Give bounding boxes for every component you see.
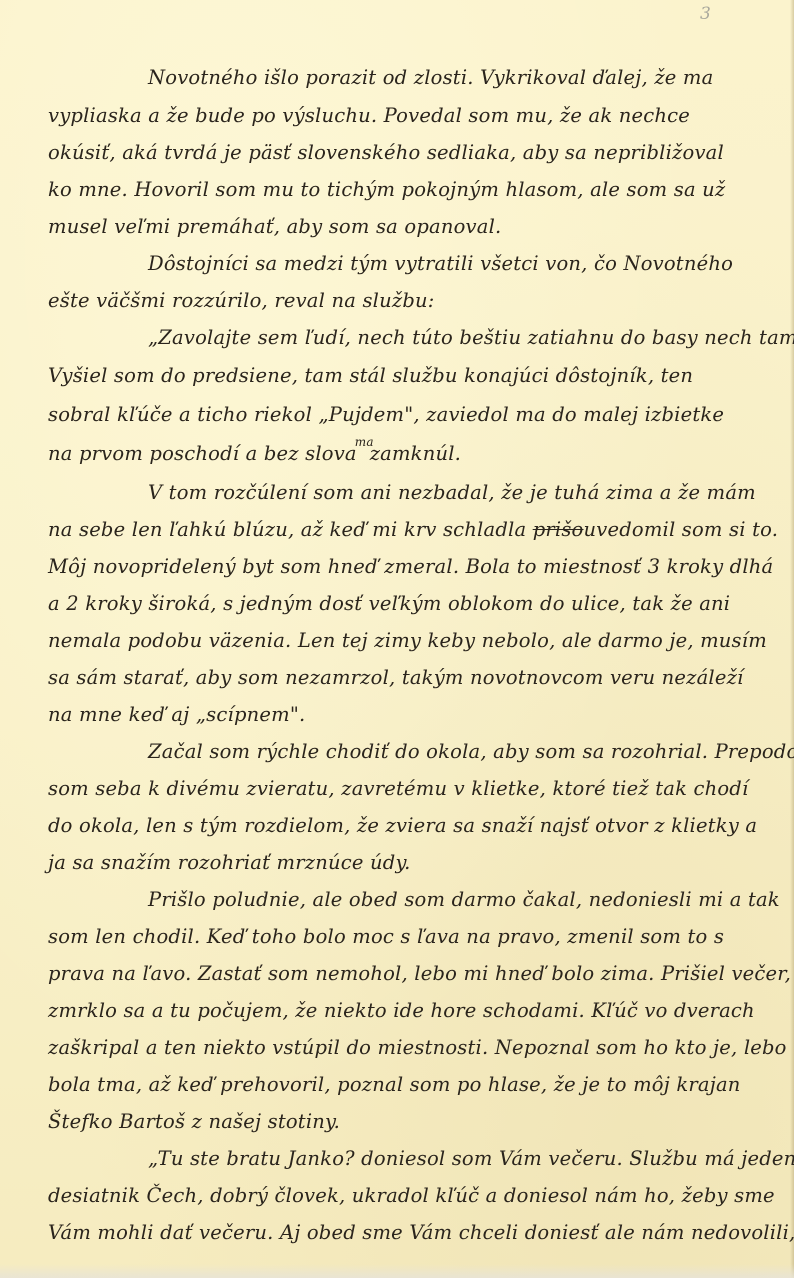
manuscript-line: desiatnik Čech, dobrý človek, ukradol kľ…: [48, 1186, 775, 1206]
manuscript-line: „Zavolajte sem ľudí, nech túto beštiu za…: [148, 328, 794, 348]
manuscript-line: na sebe len ľahkú blúzu, až keď mi krv s…: [48, 520, 778, 540]
line-text: okúsiť, aká tvrdá je päsť slovenského se…: [48, 141, 724, 164]
manuscript-page: 3 Novotného išlo porazit od zlosti. Vykr…: [0, 0, 794, 1278]
page-number: 3: [700, 4, 711, 24]
line-text: „Zavolajte sem ľudí, nech túto beštiu za…: [148, 326, 794, 349]
manuscript-line: Prišlo poludnie, ale obed som darmo čaka…: [148, 890, 780, 910]
manuscript-line: a 2 kroky široká, s jedným dosť veľkým o…: [48, 594, 730, 614]
line-text: do okola, len s tým rozdielom, že zviera…: [48, 814, 757, 837]
line-text: na sebe len ľahkú blúzu, až keď mi krv s…: [48, 518, 526, 541]
manuscript-line: Vyšiel som do predsiene, tam stál službu…: [48, 366, 693, 386]
manuscript-line: vypliaska a že bude po výsluchu. Povedal…: [48, 106, 690, 126]
line-text: vypliaska a že bude po výsluchu. Povedal…: [48, 104, 690, 127]
manuscript-line: do okola, len s tým rozdielom, že zviera…: [48, 816, 757, 836]
line-text: zmrklo sa a tu počujem, že niekto ide ho…: [48, 999, 755, 1022]
manuscript-line: sa sám starať, aby som nezamrzol, takým …: [48, 668, 743, 688]
line-text: Začal som rýchle chodiť do okola, aby so…: [148, 740, 794, 763]
line-text: zaškripal a ten niekto vstúpil do miestn…: [48, 1036, 787, 1059]
manuscript-line: okúsiť, aká tvrdá je päsť slovenského se…: [48, 143, 724, 163]
manuscript-line: ko mne. Hovoril som mu to tichým pokojný…: [48, 180, 725, 200]
page-bottom-edge: [0, 1264, 794, 1278]
manuscript-line: Štefko Bartoš z našej stotiny.: [48, 1112, 340, 1132]
line-text: prava na ľavo. Zastať som nemohol, lebo …: [48, 962, 791, 985]
line-text: a 2 kroky široká, s jedným dosť veľkým o…: [48, 592, 730, 615]
line-text: desiatnik Čech, dobrý človek, ukradol kľ…: [48, 1184, 775, 1207]
line-text: som len chodil. Keď toho bolo moc s ľava…: [48, 925, 724, 948]
manuscript-line: ešte väčšmi rozzúrilo, reval na službu:: [48, 291, 435, 311]
line-text: ko mne. Hovoril som mu to tichým pokojný…: [48, 178, 725, 201]
line-text: „Tu ste bratu Janko? doniesol som Vám ve…: [148, 1147, 794, 1170]
line-text-continued: zamknúl.: [370, 442, 461, 465]
manuscript-line: na mne keď aj „scípnem".: [48, 705, 305, 725]
manuscript-line: „Tu ste bratu Janko? doniesol som Vám ve…: [148, 1149, 794, 1169]
manuscript-line: Vám mohli dať večeru. Aj obed sme Vám ch…: [48, 1223, 794, 1243]
manuscript-line: Novotného išlo porazit od zlosti. Vykrik…: [148, 68, 713, 88]
manuscript-line: V tom rozčúlení som ani nezbadal, že je …: [148, 483, 756, 503]
struck-out-word: prišo: [533, 518, 584, 541]
line-text: ja sa snažím rozohriať mrznúce údy.: [48, 851, 410, 874]
line-text: na mne keď aj „scípnem".: [48, 703, 305, 726]
line-text: Dôstojníci sa medzi tým vytratili všetci…: [148, 252, 733, 275]
line-text: sobral kľúče a ticho riekol „Pujdem", za…: [48, 403, 724, 426]
manuscript-line: som seba k divému zvieratu, zavretému v …: [48, 779, 748, 799]
manuscript-line: bola tma, až keď prehovoril, poznal som …: [48, 1075, 741, 1095]
manuscript-line: nemala podobu väzenia. Len tej zimy keby…: [48, 631, 767, 651]
manuscript-line: zmrklo sa a tu počujem, že niekto ide ho…: [48, 1001, 755, 1021]
manuscript-line: ja sa snažím rozohriať mrznúce údy.: [48, 853, 410, 873]
line-text: V tom rozčúlení som ani nezbadal, že je …: [148, 481, 756, 504]
page-right-edge: [790, 0, 794, 1278]
line-text: Môj novopridelený byt som hneď zmeral. B…: [48, 555, 773, 578]
line-text: Prišlo poludnie, ale obed som darmo čaka…: [148, 888, 780, 911]
line-text: Vám mohli dať večeru. Aj obed sme Vám ch…: [48, 1221, 794, 1244]
line-text: nemala podobu väzenia. Len tej zimy keby…: [48, 629, 767, 652]
line-text: sa sám starať, aby som nezamrzol, takým …: [48, 666, 743, 689]
line-text: na prvom poschodí a bez slova: [48, 442, 357, 465]
manuscript-line: musel veľmi premáhať, aby som sa opanova…: [48, 217, 501, 237]
line-text: Štefko Bartoš z našej stotiny.: [48, 1110, 340, 1133]
line-text: bola tma, až keď prehovoril, poznal som …: [48, 1073, 741, 1096]
manuscript-line: Začal som rýchle chodiť do okola, aby so…: [148, 742, 794, 762]
line-text: som seba k divému zvieratu, zavretému v …: [48, 777, 748, 800]
line-text-continued: uvedomil som si to.: [583, 518, 778, 541]
manuscript-line: Môj novopridelený byt som hneď zmeral. B…: [48, 557, 773, 577]
line-text: Vyšiel som do predsiene, tam stál službu…: [48, 364, 693, 387]
manuscript-line: na prvom poschodí a bez slovamazamknúl.: [48, 444, 461, 464]
manuscript-line: zaškripal a ten niekto vstúpil do miestn…: [48, 1038, 787, 1058]
line-text: musel veľmi premáhať, aby som sa opanova…: [48, 215, 501, 238]
manuscript-line: Dôstojníci sa medzi tým vytratili všetci…: [148, 254, 733, 274]
interlinear-insertion: ma: [355, 435, 374, 449]
line-text: Novotného išlo porazit od zlosti. Vykrik…: [148, 66, 713, 89]
line-text: ešte väčšmi rozzúrilo, reval na službu:: [48, 289, 435, 312]
manuscript-line: som len chodil. Keď toho bolo moc s ľava…: [48, 927, 724, 947]
manuscript-line: sobral kľúče a ticho riekol „Pujdem", za…: [48, 405, 724, 425]
manuscript-line: prava na ľavo. Zastať som nemohol, lebo …: [48, 964, 791, 984]
